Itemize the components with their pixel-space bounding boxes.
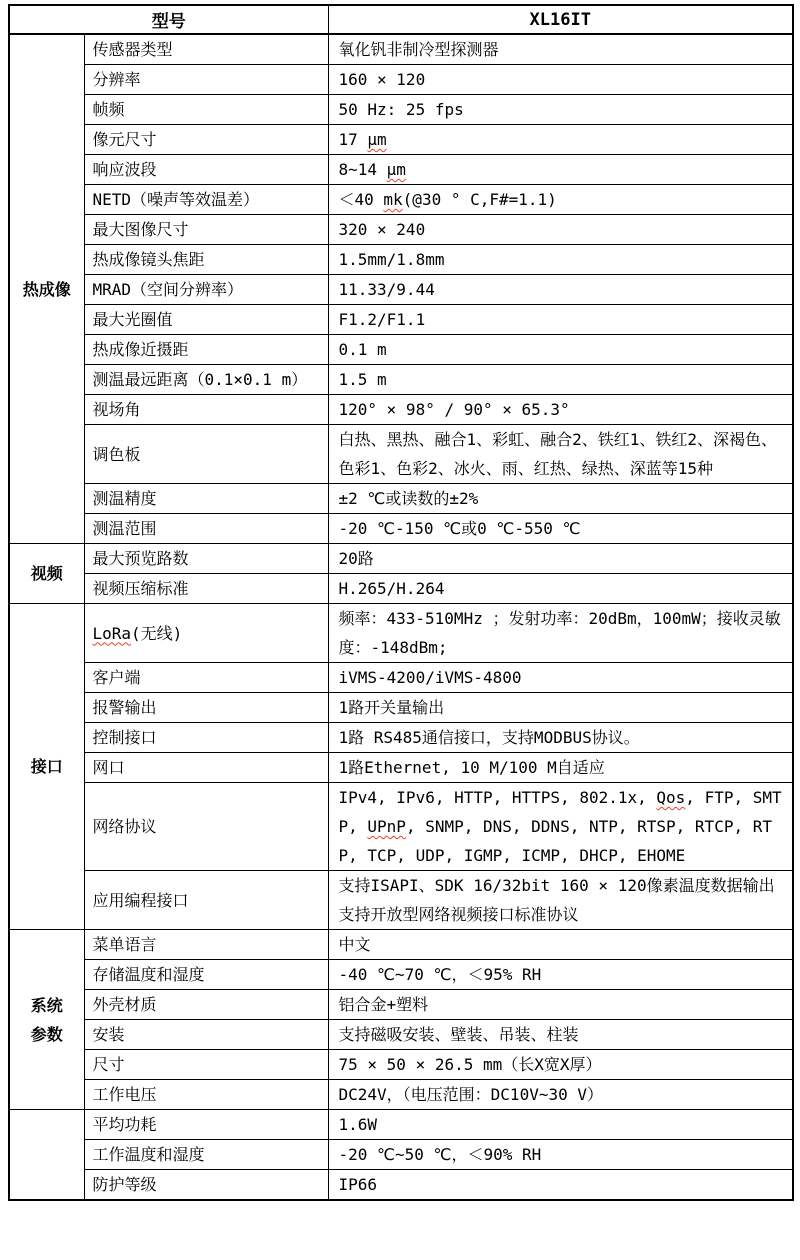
- cell-text: -20 ℃~50 ℃，＜90% RH: [339, 1145, 542, 1164]
- spec-row: 帧频50 Hz: 25 fps: [9, 95, 793, 125]
- group-label-cell: 系统 参数: [9, 930, 84, 1110]
- param-name-cell: 报警输出: [84, 693, 328, 723]
- param-value-cell: 1路开关量输出: [328, 693, 793, 723]
- cell-text: 应用编程接口: [93, 891, 189, 910]
- param-name-cell: 应用编程接口: [84, 871, 328, 930]
- cell-text: 中文: [339, 935, 371, 954]
- misspelled-text: mk: [383, 190, 402, 209]
- cell-text: 160 × 120: [339, 70, 426, 89]
- cell-text: DC24V，（电压范围：DC10V~30 V）: [339, 1085, 604, 1104]
- param-name-cell: 最大图像尺寸: [84, 215, 328, 245]
- cell-text: 白热、黑热、融合1、彩虹、融合2、铁红1、铁红2、深褐色、色彩1、色彩2、冰火、…: [339, 430, 778, 478]
- param-value-cell: 铝合金+塑料: [328, 990, 793, 1020]
- cell-text: 传感器类型: [93, 40, 173, 59]
- param-name-cell: NETD（噪声等效温差）: [84, 185, 328, 215]
- cell-text: 报警输出: [93, 698, 157, 717]
- spec-row: 网络协议IPv4, IPv6, HTTP, HTTPS, 802.1x, Qos…: [9, 783, 793, 871]
- param-value-cell: 中文: [328, 930, 793, 960]
- cell-text: 50 Hz: 25 fps: [339, 100, 464, 119]
- param-value-cell: 20路: [328, 544, 793, 574]
- param-name-cell: 视频压缩标准: [84, 574, 328, 604]
- cell-text: ±2 ℃或读数的±2%: [339, 489, 479, 508]
- group-label-cell: [9, 1110, 84, 1201]
- group-label-cell: 接口: [9, 604, 84, 930]
- param-value-cell: 50 Hz: 25 fps: [328, 95, 793, 125]
- param-name-cell: 控制接口: [84, 723, 328, 753]
- spec-table: 型号 XL16IT 热成像传感器类型氧化钒非制冷型探测器分辨率160 × 120…: [8, 4, 794, 1201]
- cell-text: 75 × 50 × 26.5 mm（长X宽X厚）: [339, 1055, 602, 1074]
- spec-row: 最大图像尺寸320 × 240: [9, 215, 793, 245]
- cell-text: 测温精度: [93, 489, 157, 508]
- cell-text: 1路开关量输出: [339, 698, 445, 717]
- param-value-cell: 频率：433-510MHz ；发射功率：20dBm，100mW；接收灵敏度：-1…: [328, 604, 793, 663]
- cell-text: 热成像近摄距: [93, 340, 189, 359]
- cell-text: 工作电压: [93, 1085, 157, 1104]
- param-value-cell: 支持磁吸安装、壁装、吊装、柱装: [328, 1020, 793, 1050]
- cell-text: IP66: [339, 1175, 378, 1194]
- param-value-cell: DC24V，（电压范围：DC10V~30 V）: [328, 1080, 793, 1110]
- cell-text: MRAD（空间分辨率）: [93, 280, 244, 299]
- cell-text: 最大光圈值: [93, 310, 173, 329]
- spec-row: 视频压缩标准H.265/H.264: [9, 574, 793, 604]
- cell-text: 工作温度和湿度: [93, 1145, 205, 1164]
- model-label-header: 型号: [9, 5, 328, 34]
- cell-text: 17: [339, 130, 368, 149]
- spec-row: 最大光圈值F1.2/F1.1: [9, 305, 793, 335]
- cell-text: 测温范围: [93, 519, 157, 538]
- cell-text: 测温最远距离（0.1×0.1 m）: [93, 370, 308, 389]
- cell-text: 铝合金+塑料: [339, 995, 429, 1014]
- param-value-cell: F1.2/F1.1: [328, 305, 793, 335]
- cell-text: 热成像镜头焦距: [93, 250, 205, 269]
- param-value-cell: 氧化钒非制冷型探测器: [328, 34, 793, 65]
- param-value-cell: ＜40 mk(@30 ° C,F#=1.1): [328, 185, 793, 215]
- cell-text: 1.5 m: [339, 370, 387, 389]
- cell-text: 安装: [93, 1025, 125, 1044]
- misspelled-text: UPnP: [367, 817, 406, 836]
- param-name-cell: 网口: [84, 753, 328, 783]
- spec-row: 热成像传感器类型氧化钒非制冷型探测器: [9, 34, 793, 65]
- param-name-cell: 存储温度和湿度: [84, 960, 328, 990]
- param-name-cell: 安装: [84, 1020, 328, 1050]
- param-name-cell: 视场角: [84, 395, 328, 425]
- cell-text: 网络协议: [93, 817, 157, 836]
- spec-row: 网口1路Ethernet, 10 M/100 M自适应: [9, 753, 793, 783]
- cell-text: F1.2/F1.1: [339, 310, 426, 329]
- param-name-cell: 帧频: [84, 95, 328, 125]
- misspelled-text: μm: [367, 130, 386, 149]
- param-value-cell: 320 × 240: [328, 215, 793, 245]
- param-value-cell: 白热、黑热、融合1、彩虹、融合2、铁红1、铁红2、深褐色、色彩1、色彩2、冰火、…: [328, 425, 793, 484]
- misspelled-text: LoRa: [93, 624, 132, 643]
- spec-row: 系统 参数菜单语言中文: [9, 930, 793, 960]
- spec-row: 平均功耗1.6W: [9, 1110, 793, 1140]
- param-name-cell: 调色板: [84, 425, 328, 484]
- param-value-cell: 8~14 μm: [328, 155, 793, 185]
- cell-text: 320 × 240: [339, 220, 426, 239]
- cell-text: (无线): [131, 624, 182, 643]
- cell-text: 最大预览路数: [93, 549, 189, 568]
- param-value-cell: IP66: [328, 1170, 793, 1201]
- cell-text: 支持磁吸安装、壁装、吊装、柱装: [339, 1025, 579, 1044]
- param-value-cell: -40 ℃~70 ℃，＜95% RH: [328, 960, 793, 990]
- param-name-cell: 测温精度: [84, 484, 328, 514]
- cell-text: 1.5mm/1.8mm: [339, 250, 445, 269]
- cell-text: 频率：433-510MHz ；发射功率：20dBm，100mW；接收灵敏度：-1…: [339, 609, 781, 657]
- param-name-cell: 工作电压: [84, 1080, 328, 1110]
- param-name-cell: 热成像镜头焦距: [84, 245, 328, 275]
- spec-row: 分辨率160 × 120: [9, 65, 793, 95]
- spec-row: 控制接口1路 RS485通信接口，支持MODBUS协议。: [9, 723, 793, 753]
- cell-text: 20路: [339, 549, 374, 568]
- param-value-cell: 1.5 m: [328, 365, 793, 395]
- cell-text: 外壳材质: [93, 995, 157, 1014]
- param-value-cell: 160 × 120: [328, 65, 793, 95]
- spec-table-header: 型号 XL16IT: [9, 5, 793, 34]
- cell-text: 调色板: [93, 445, 141, 464]
- param-name-cell: 测温范围: [84, 514, 328, 544]
- param-value-cell: 75 × 50 × 26.5 mm（长X宽X厚）: [328, 1050, 793, 1080]
- cell-text: H.265/H.264: [339, 579, 445, 598]
- cell-text: 120° × 98° / 90° × 65.3°: [339, 400, 570, 419]
- cell-text: 分辨率: [93, 70, 141, 89]
- spec-row: 存储温度和湿度-40 ℃~70 ℃，＜95% RH: [9, 960, 793, 990]
- spec-table-body: 热成像传感器类型氧化钒非制冷型探测器分辨率160 × 120帧频50 Hz: 2…: [9, 34, 793, 1200]
- cell-text: 平均功耗: [93, 1115, 157, 1134]
- cell-text: (@30 ° C,F#=1.1): [403, 190, 557, 209]
- cell-text: IPv4, IPv6, HTTP, HTTPS, 802.1x,: [339, 788, 657, 807]
- param-value-cell: H.265/H.264: [328, 574, 793, 604]
- cell-text: ＜40: [339, 190, 384, 209]
- group-label-cell: 热成像: [9, 34, 84, 544]
- cell-text: 11.33/9.44: [339, 280, 435, 299]
- cell-text: 视场角: [93, 400, 141, 419]
- cell-text: 氧化钒非制冷型探测器: [339, 40, 499, 59]
- param-name-cell: MRAD（空间分辨率）: [84, 275, 328, 305]
- cell-text: 响应波段: [93, 160, 157, 179]
- spec-row: 应用编程接口支持ISAPI、SDK 16/32bit 160 × 120像素温度…: [9, 871, 793, 930]
- spec-row: 报警输出1路开关量输出: [9, 693, 793, 723]
- cell-text: 客户端: [93, 668, 141, 687]
- param-name-cell: 传感器类型: [84, 34, 328, 65]
- spec-row: 测温范围-20 ℃-150 ℃或0 ℃-550 ℃: [9, 514, 793, 544]
- spec-row: 尺寸75 × 50 × 26.5 mm（长X宽X厚）: [9, 1050, 793, 1080]
- cell-text: 帧频: [93, 100, 125, 119]
- cell-text: 像元尺寸: [93, 130, 157, 149]
- spec-row: 防护等级IP66: [9, 1170, 793, 1201]
- cell-text: -40 ℃~70 ℃，＜95% RH: [339, 965, 542, 984]
- param-value-cell: ±2 ℃或读数的±2%: [328, 484, 793, 514]
- cell-text: 网口: [93, 758, 125, 777]
- spec-row: 客户端iVMS-4200/iVMS-4800: [9, 663, 793, 693]
- spec-row: 外壳材质铝合金+塑料: [9, 990, 793, 1020]
- document-page: 型号 XL16IT 热成像传感器类型氧化钒非制冷型探测器分辨率160 × 120…: [0, 0, 800, 1260]
- spec-row: 像元尺寸17 μm: [9, 125, 793, 155]
- spec-row: 热成像镜头焦距1.5mm/1.8mm: [9, 245, 793, 275]
- param-name-cell: 平均功耗: [84, 1110, 328, 1140]
- cell-text: 1路Ethernet, 10 M/100 M自适应: [339, 758, 605, 777]
- spec-row: 调色板白热、黑热、融合1、彩虹、融合2、铁红1、铁红2、深褐色、色彩1、色彩2、…: [9, 425, 793, 484]
- param-name-cell: 客户端: [84, 663, 328, 693]
- cell-text: 支持ISAPI、SDK 16/32bit 160 × 120像素温度数据输出 支…: [339, 876, 775, 924]
- cell-text: 控制接口: [93, 728, 157, 747]
- spec-row: NETD（噪声等效温差）＜40 mk(@30 ° C,F#=1.1): [9, 185, 793, 215]
- param-name-cell: 最大预览路数: [84, 544, 328, 574]
- misspelled-text: μm: [387, 160, 406, 179]
- spec-row: 测温最远距离（0.1×0.1 m）1.5 m: [9, 365, 793, 395]
- param-name-cell: 工作温度和湿度: [84, 1140, 328, 1170]
- param-value-cell: 11.33/9.44: [328, 275, 793, 305]
- param-name-cell: 网络协议: [84, 783, 328, 871]
- misspelled-text: Qos: [656, 788, 685, 807]
- param-value-cell: iVMS-4200/iVMS-4800: [328, 663, 793, 693]
- cell-text: 0.1 m: [339, 340, 387, 359]
- spec-row: 响应波段8~14 μm: [9, 155, 793, 185]
- param-name-cell: 响应波段: [84, 155, 328, 185]
- param-name-cell: LoRa(无线): [84, 604, 328, 663]
- cell-text: iVMS-4200/iVMS-4800: [339, 668, 522, 687]
- header-row: 型号 XL16IT: [9, 5, 793, 34]
- param-value-cell: 支持ISAPI、SDK 16/32bit 160 × 120像素温度数据输出 支…: [328, 871, 793, 930]
- param-name-cell: 热成像近摄距: [84, 335, 328, 365]
- spec-row: 视场角120° × 98° / 90° × 65.3°: [9, 395, 793, 425]
- cell-text: 1.6W: [339, 1115, 378, 1134]
- param-value-cell: 1路Ethernet, 10 M/100 M自适应: [328, 753, 793, 783]
- spec-row: 视频最大预览路数20路: [9, 544, 793, 574]
- param-value-cell: 1.5mm/1.8mm: [328, 245, 793, 275]
- param-value-cell: 1.6W: [328, 1110, 793, 1140]
- cell-text: 防护等级: [93, 1175, 157, 1194]
- param-value-cell: 0.1 m: [328, 335, 793, 365]
- param-name-cell: 尺寸: [84, 1050, 328, 1080]
- spec-row: 工作温度和湿度-20 ℃~50 ℃，＜90% RH: [9, 1140, 793, 1170]
- spec-row: 热成像近摄距0.1 m: [9, 335, 793, 365]
- param-value-cell: -20 ℃~50 ℃，＜90% RH: [328, 1140, 793, 1170]
- cell-text: -20 ℃-150 ℃或0 ℃-550 ℃: [339, 519, 581, 538]
- param-name-cell: 像元尺寸: [84, 125, 328, 155]
- param-name-cell: 防护等级: [84, 1170, 328, 1201]
- spec-row: 工作电压DC24V，（电压范围：DC10V~30 V）: [9, 1080, 793, 1110]
- spec-row: 接口LoRa(无线)频率：433-510MHz ；发射功率：20dBm，100m…: [9, 604, 793, 663]
- cell-text: 菜单语言: [93, 935, 157, 954]
- cell-text: 存储温度和湿度: [93, 965, 205, 984]
- cell-text: 最大图像尺寸: [93, 220, 189, 239]
- param-value-cell: -20 ℃-150 ℃或0 ℃-550 ℃: [328, 514, 793, 544]
- param-name-cell: 外壳材质: [84, 990, 328, 1020]
- cell-text: 视频压缩标准: [93, 579, 189, 598]
- param-name-cell: 菜单语言: [84, 930, 328, 960]
- param-name-cell: 测温最远距离（0.1×0.1 m）: [84, 365, 328, 395]
- cell-text: 8~14: [339, 160, 387, 179]
- cell-text: 1路 RS485通信接口，支持MODBUS协议。: [339, 728, 640, 747]
- cell-text: 尺寸: [93, 1055, 125, 1074]
- param-value-cell: 17 μm: [328, 125, 793, 155]
- spec-row: 安装支持磁吸安装、壁装、吊装、柱装: [9, 1020, 793, 1050]
- param-name-cell: 分辨率: [84, 65, 328, 95]
- group-label-cell: 视频: [9, 544, 84, 604]
- model-value-header: XL16IT: [328, 5, 793, 34]
- spec-row: MRAD（空间分辨率）11.33/9.44: [9, 275, 793, 305]
- spec-row: 测温精度±2 ℃或读数的±2%: [9, 484, 793, 514]
- param-value-cell: 120° × 98° / 90° × 65.3°: [328, 395, 793, 425]
- param-name-cell: 最大光圈值: [84, 305, 328, 335]
- param-value-cell: IPv4, IPv6, HTTP, HTTPS, 802.1x, Qos, FT…: [328, 783, 793, 871]
- param-value-cell: 1路 RS485通信接口，支持MODBUS协议。: [328, 723, 793, 753]
- cell-text: NETD（噪声等效温差）: [93, 190, 260, 209]
